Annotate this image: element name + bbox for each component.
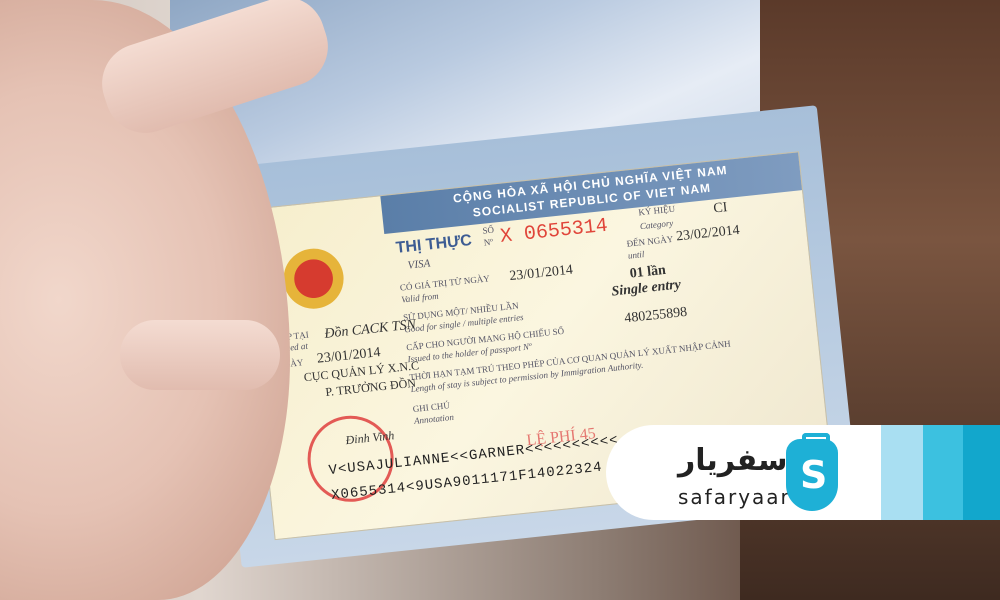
entries-en: Single entry bbox=[611, 277, 682, 300]
category-label-en: Category bbox=[639, 218, 673, 231]
valid-from-label-en: Valid from bbox=[401, 291, 439, 305]
brand-name-fa: سفریار bbox=[678, 443, 788, 478]
brand-name-en: safaryaar bbox=[678, 485, 791, 509]
number-label-en: Nº bbox=[483, 237, 493, 248]
index-finger bbox=[120, 320, 280, 390]
visa-title-en: VISA bbox=[407, 257, 431, 271]
safaryaar-logo-banner: سفریار safaryaar bbox=[606, 425, 1000, 520]
annotation-label-en: Annotation bbox=[413, 412, 454, 426]
issued-at: Đồn CACK TSN bbox=[324, 317, 417, 343]
valid-from-label-vi: CÓ GIÁ TRỊ TỪ NGÀY bbox=[399, 273, 490, 292]
until-date: 23/02/2014 bbox=[675, 223, 740, 246]
number-label-vi: SỐ bbox=[482, 225, 494, 236]
visa-category: CI bbox=[713, 200, 729, 217]
visa-title-vi: THỊ THỰC bbox=[395, 232, 473, 258]
stripe-dark bbox=[963, 425, 1000, 520]
national-emblem-icon bbox=[281, 246, 347, 312]
until-label-vi: ĐẾN NGÀY bbox=[626, 234, 674, 249]
luggage-tag-icon bbox=[786, 439, 838, 511]
stripe-mid bbox=[923, 425, 963, 520]
stripe-light bbox=[881, 425, 923, 520]
passport-number: 480255898 bbox=[624, 305, 688, 327]
until-label-en: until bbox=[627, 249, 644, 261]
valid-from-date: 23/01/2014 bbox=[509, 263, 574, 286]
